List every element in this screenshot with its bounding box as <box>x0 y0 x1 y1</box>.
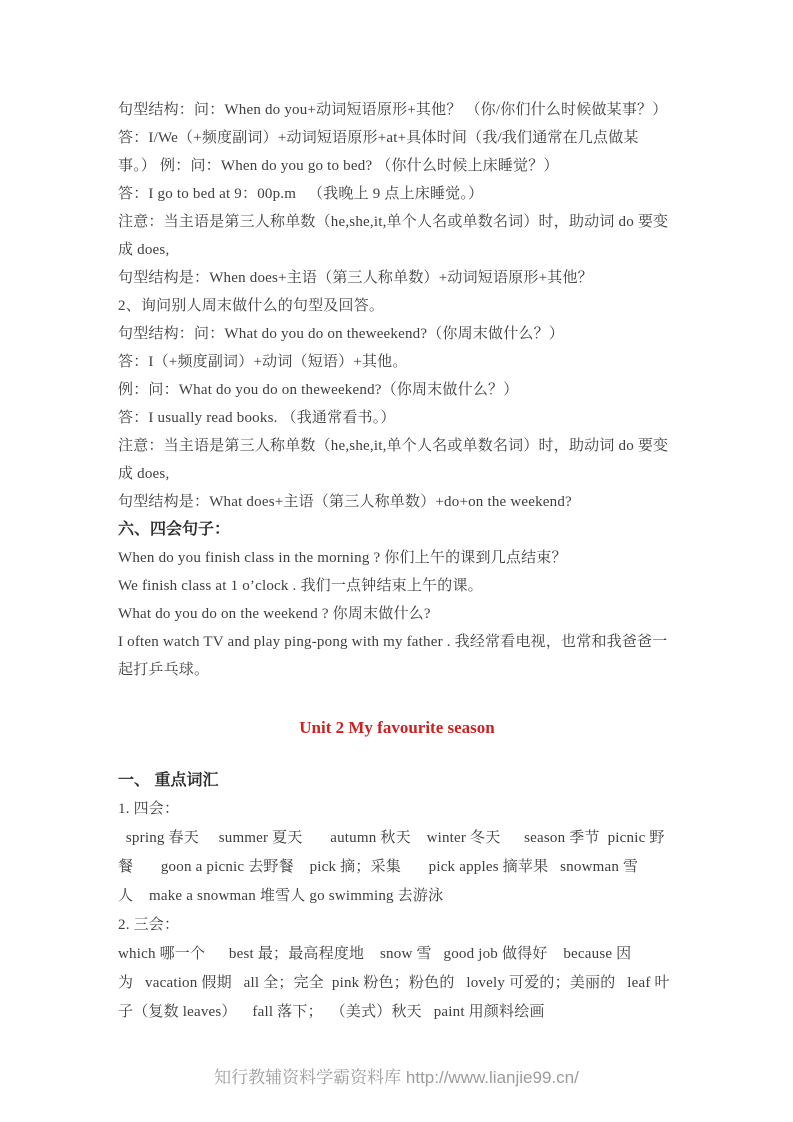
text-line: spring 春天 summer 夏天 autumn 秋天 winter 冬天 … <box>118 824 693 853</box>
text-line: I often watch TV and play ping-pong with… <box>118 628 693 656</box>
text-line: We finish class at 1 o’clock . 我们一点钟结束上午… <box>118 572 693 600</box>
section-heading: 六、四会句子： <box>118 516 693 544</box>
text-line: 句型结构是：What does+主语（第三人称单数）+do+on the wee… <box>118 488 693 516</box>
text-line: 1. 四会： <box>118 795 693 824</box>
text-line: 答：I/We（+频度副词）+动词短语原形+at+具体时间（我/我们通常在几点做某 <box>118 124 693 152</box>
unit1-grammar-section: 句型结构：问：When do you+动词短语原形+其他？ （你/你们什么时候做… <box>118 96 693 684</box>
text-line: which 哪一个 best 最；最高程度地 snow 雪 good job 做… <box>118 940 693 969</box>
text-line: 起打乒乓球。 <box>118 656 693 684</box>
text-line: 餐 goon a picnic 去野餐 pick 摘；采集 pick apple… <box>118 853 693 882</box>
text-line: 成 does, <box>118 236 693 264</box>
text-line: 句型结构是：When does+主语（第三人称单数）+动词短语原形+其他？ <box>118 264 693 292</box>
unit2-title: Unit 2 My favourite season <box>118 714 676 742</box>
text-line: 事。） 例：问：When do you go to bed? （你什么时候上床睡… <box>118 152 693 180</box>
unit2-vocab-section: 一、 重点词汇1. 四会： spring 春天 summer 夏天 autumn… <box>118 766 693 1027</box>
text-line: 人 make a snowman 堆雪人 go swimming 去游泳 <box>118 882 693 911</box>
text-line: 注意：当主语是第三人称单数（he,she,it,单个人名或单数名词）时，助动词 … <box>118 432 693 460</box>
watermark-footer: 知行教辅资料学霸资料库 http://www.lianjie99.cn/ <box>0 1064 793 1092</box>
text-line: 注意：当主语是第三人称单数（he,she,it,单个人名或单数名词）时，助动词 … <box>118 208 693 236</box>
text-line: 2、询问别人周末做什么的句型及回答。 <box>118 292 693 320</box>
text-line: 成 does, <box>118 460 693 488</box>
document-page: 句型结构：问：When do you+动词短语原形+其他？ （你/你们什么时候做… <box>0 0 793 1122</box>
section-heading: 一、 重点词汇 <box>118 766 693 795</box>
text-line: 2. 三会： <box>118 911 693 940</box>
document-content: 句型结构：问：When do you+动词短语原形+其他？ （你/你们什么时候做… <box>118 96 693 1027</box>
text-line: 例：问：What do you do on theweekend?（你周末做什么… <box>118 376 693 404</box>
text-line: 为 vacation 假期 all 全；完全 pink 粉色；粉色的 lovel… <box>118 969 693 998</box>
text-line: What do you do on the weekend ? 你周末做什么? <box>118 600 693 628</box>
text-line: 答：I usually read books. （我通常看书。） <box>118 404 693 432</box>
text-line: 句型结构：问：What do you do on theweekend?（你周末… <box>118 320 693 348</box>
text-line: 答：I（+频度副词）+动词（短语）+其他。 <box>118 348 693 376</box>
text-line: When do you finish class in the morning … <box>118 544 693 572</box>
text-line: 子（复数 leaves） fall 落下； （美式）秋天 paint 用颜料绘画 <box>118 998 693 1027</box>
text-line: 答：I go to bed at 9：00p.m （我晚上 9 点上床睡觉。） <box>118 180 693 208</box>
text-line: 句型结构：问：When do you+动词短语原形+其他？ （你/你们什么时候做… <box>118 96 693 124</box>
